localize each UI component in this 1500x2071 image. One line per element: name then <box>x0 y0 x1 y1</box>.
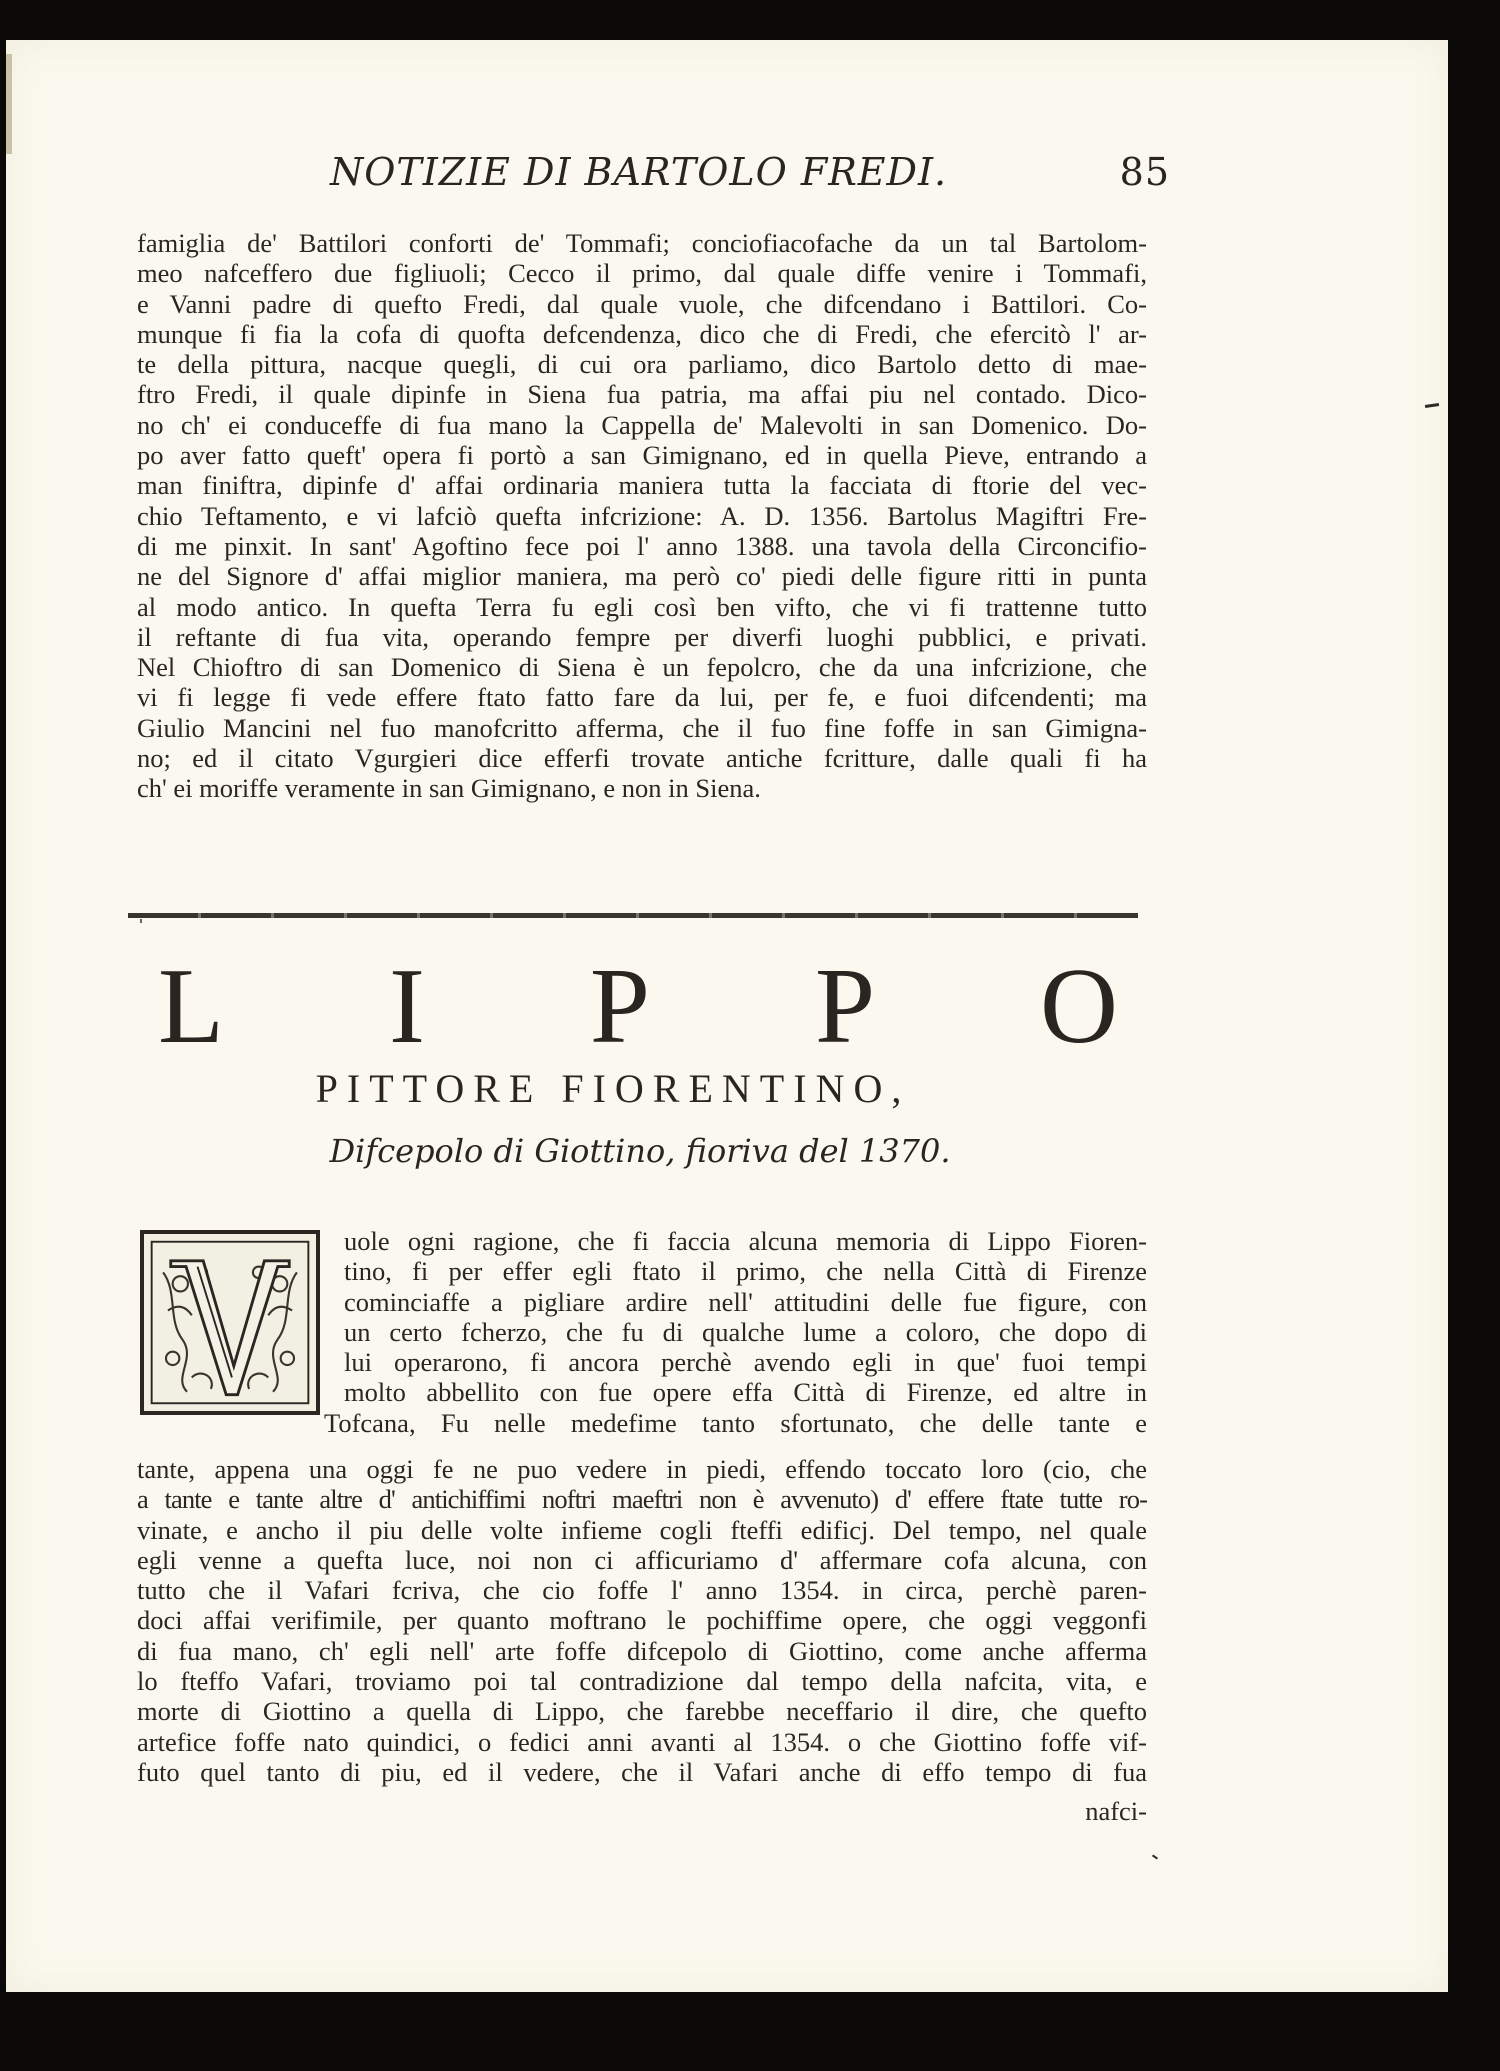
text-line: po aver fatto queft' opera fi portò a sa… <box>137 440 1147 470</box>
text-line: di fua mano, ch' egli nell' arte foffe d… <box>137 1636 1147 1666</box>
text-line: artefice foffe nato quindici, o fedici a… <box>137 1727 1147 1757</box>
text-line: lui operarono, fi ancora perchè avendo e… <box>344 1347 1147 1377</box>
text-line: doci affai verifimile, per quanto moftra… <box>137 1605 1147 1635</box>
chapter-subtitle: PITTORE FIORENTINO, <box>168 1065 1058 1112</box>
title-letter: L <box>158 952 224 1062</box>
catchword: nafci- <box>1050 1796 1147 1827</box>
text-line: di me pinxit. In sant' Agoftino fece poi… <box>137 531 1147 561</box>
text-line: ne del Signore d' affai miglior maniera,… <box>137 561 1147 591</box>
page-edge <box>6 54 12 154</box>
text-line: e Vanni padre di quefto Fredi, dal quale… <box>137 289 1147 319</box>
title-letter: I <box>389 952 425 1062</box>
text-line: no ch' ei conduceffe di fua mano la Capp… <box>137 410 1147 440</box>
page-number: 85 <box>1120 150 1170 194</box>
text-line: munque fi fia la cofa di quofta defcende… <box>137 319 1147 349</box>
text-line: ftro Fredi, il quale dipinfe in Siena fu… <box>137 379 1147 409</box>
title-letter: P <box>815 952 875 1062</box>
paragraph-lippo-body: tante, appena una oggi fe ne puo vedere … <box>137 1454 1147 1787</box>
text-line: ch' ei moriffe veramente in san Gimignan… <box>137 773 1147 803</box>
section-divider-rule <box>128 913 1138 918</box>
title-letter: P <box>590 952 650 1062</box>
text-line: vinate, e ancho il piu delle volte infie… <box>137 1515 1147 1545</box>
text-line: Tofcana, Fu nelle medefime tanto sfortun… <box>324 1408 1147 1438</box>
title-letter: O <box>1040 952 1118 1062</box>
text-line: lo fteffo Vafari, troviamo poi tal contr… <box>137 1666 1147 1696</box>
running-head: NOTIZIE DI BARTOLO FREDI. 85 <box>330 150 1170 210</box>
text-line: tino, fi per effer egli ftato il primo, … <box>344 1256 1147 1286</box>
text-line: famiglia de' Battilori conforti de' Tomm… <box>137 228 1147 258</box>
text-line: man finiftra, dipinfe d' affai ordinaria… <box>137 470 1147 500</box>
text-line: cominciaffe a pigliare ardire nell' atti… <box>344 1287 1147 1317</box>
text-line: uole ogni ragione, che fi faccia alcuna … <box>344 1226 1147 1256</box>
text-line: tante, appena una oggi fe ne puo vedere … <box>137 1454 1147 1484</box>
text-line: Nel Chioftro di san Domenico di Siena è … <box>137 652 1147 682</box>
text-line: molto abbellito con fue opere effa Città… <box>344 1377 1147 1407</box>
text-line: a tante e tante altre d' antichiffimi no… <box>137 1484 1147 1514</box>
chapter-tagline: Difcepolo di Giottino, fioriva del 1370. <box>200 1132 1080 1170</box>
text-line: morte di Giottino a quella di Lippo, che… <box>137 1696 1147 1726</box>
text-line: tutto che il Vafari fcriva, che cio foff… <box>137 1575 1147 1605</box>
text-line: meo nafceffero due figliuoli; Cecco il p… <box>137 258 1147 288</box>
paragraph-bartolo-fredi: famiglia de' Battilori conforti de' Tomm… <box>137 228 1147 804</box>
text-line: vi fi legge fi vede effere ftato fatto f… <box>137 682 1147 712</box>
text-line: chio Teftamento, e vi lafciò quefta infc… <box>137 501 1147 531</box>
text-line: Giulio Mancini nel fuo manofcritto affer… <box>137 713 1147 743</box>
rule-ornament <box>140 919 142 923</box>
text-line: te della pittura, nacque quegli, di cui … <box>137 349 1147 379</box>
text-line: al modo antico. In quefta Terra fu egli … <box>137 592 1147 622</box>
ornate-initial-v-icon <box>140 1230 320 1415</box>
text-line: futo quel tanto di piu, ed il vedere, ch… <box>137 1757 1147 1787</box>
text-line: un certo fcherzo, che fu di qualche lume… <box>344 1317 1147 1347</box>
text-line: il reftante di fua vita, operando fempre… <box>137 622 1147 652</box>
text-line: no; ed il citato Vgurgieri dice efferfi … <box>137 743 1147 773</box>
chapter-title: L I P P O <box>158 952 1118 1062</box>
text-line: egli venne a quefta luce, noi non ci aff… <box>137 1545 1147 1575</box>
running-head-title: NOTIZIE DI BARTOLO FREDI. <box>330 150 947 194</box>
paragraph-lippo-intro: uole ogni ragione, che fi faccia alcuna … <box>344 1226 1147 1438</box>
